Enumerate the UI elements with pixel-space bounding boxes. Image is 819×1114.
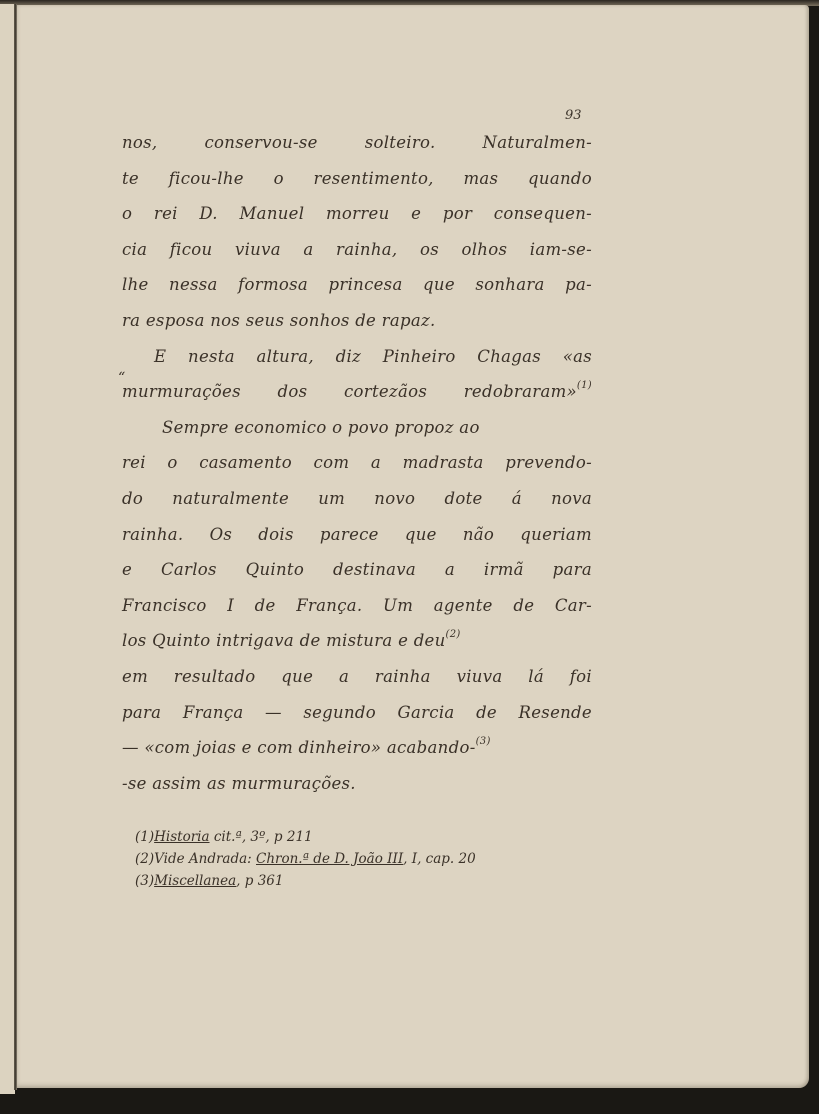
text-line: e Carlos Quinto destinava a irmã para <box>122 552 592 588</box>
text-line: Sempre economico o povo propoz ao <box>122 410 592 446</box>
footnote-mark: (1) <box>135 829 154 845</box>
footnote-mark: (3) <box>135 873 154 889</box>
text-line: do naturalmente um novo dote á nova <box>122 481 592 517</box>
footnote-title: Chron.ª de D. João III <box>256 851 403 867</box>
text-span: los Quinto intrigava de mistura e deu <box>122 631 446 650</box>
text-line: nos, conservou-se solteiro. Naturalmen- <box>122 125 592 161</box>
text-span: — «com joias e com dinheiro» acabando- <box>122 738 476 757</box>
footnote-citation: , I, cap. 20 <box>403 851 476 867</box>
text-line: em resultado que a rainha viuva lá foi <box>122 659 592 695</box>
footnote-citation: , p 361 <box>236 873 283 889</box>
footnote-3: (3)Miscellanea, p 361 <box>135 870 595 892</box>
footnote-2: (2)Vide Andrada: Chron.ª de D. João III,… <box>135 848 595 870</box>
footnote-ref-1: (1) <box>577 380 592 391</box>
text-line: E nesta altura, diz Pinheiro Chagas «as <box>122 339 592 375</box>
footnote-citation: cit.ª, 3º, p 211 <box>210 829 313 845</box>
footnotes: (1)Historia cit.ª, 3º, p 211 (2)Vide And… <box>135 826 595 892</box>
footnote-ref-2: (2) <box>446 629 461 640</box>
text-line: rainha. Os dois parece que não queriam <box>122 517 592 553</box>
footnote-title: Miscellanea <box>154 873 236 889</box>
text-line: o rei D. Manuel morreu e por consequen- <box>122 196 592 232</box>
text-line: Francisco I de França. Um agente de Car- <box>122 588 592 624</box>
footnote-prefix: Vide Andrada: <box>154 851 256 867</box>
text-line: rei o casamento com a madrasta prevendo- <box>122 445 592 481</box>
footnote-title: Historia <box>154 829 209 845</box>
text-line: lhe nessa formosa princesa que sonhara p… <box>122 267 592 303</box>
text-span: murmurações dos cortezãos redobraram» <box>122 382 577 401</box>
text-line: para França — segundo Garcia de Resende <box>122 695 592 731</box>
text-line: te ficou-lhe o resentimento, mas quando <box>122 161 592 197</box>
manuscript-body: nos, conservou-se solteiro. Naturalmen- … <box>122 125 592 801</box>
scanned-manuscript-page: 93 “ nos, conservou-se solteiro. Natural… <box>0 0 819 1114</box>
text-line: ra esposa nos seus sonhos de rapaz. <box>122 303 592 339</box>
text-line: -se assim as murmurações. <box>122 766 592 802</box>
page-number: 93 <box>565 108 582 123</box>
text-line: cia ficou viuva a rainha, os olhos iam-s… <box>122 232 592 268</box>
facing-page-edge <box>0 4 15 1094</box>
text-line-with-ref: los Quinto intrigava de mistura e deu(2) <box>122 623 592 659</box>
footnote-ref-3: (3) <box>476 736 491 747</box>
text-line-with-ref: murmurações dos cortezãos redobraram»(1) <box>122 374 592 410</box>
footnote-1: (1)Historia cit.ª, 3º, p 211 <box>135 826 595 848</box>
text-line-with-ref: — «com joias e com dinheiro» acabando-(3… <box>122 730 592 766</box>
footnote-mark: (2) <box>135 851 154 867</box>
